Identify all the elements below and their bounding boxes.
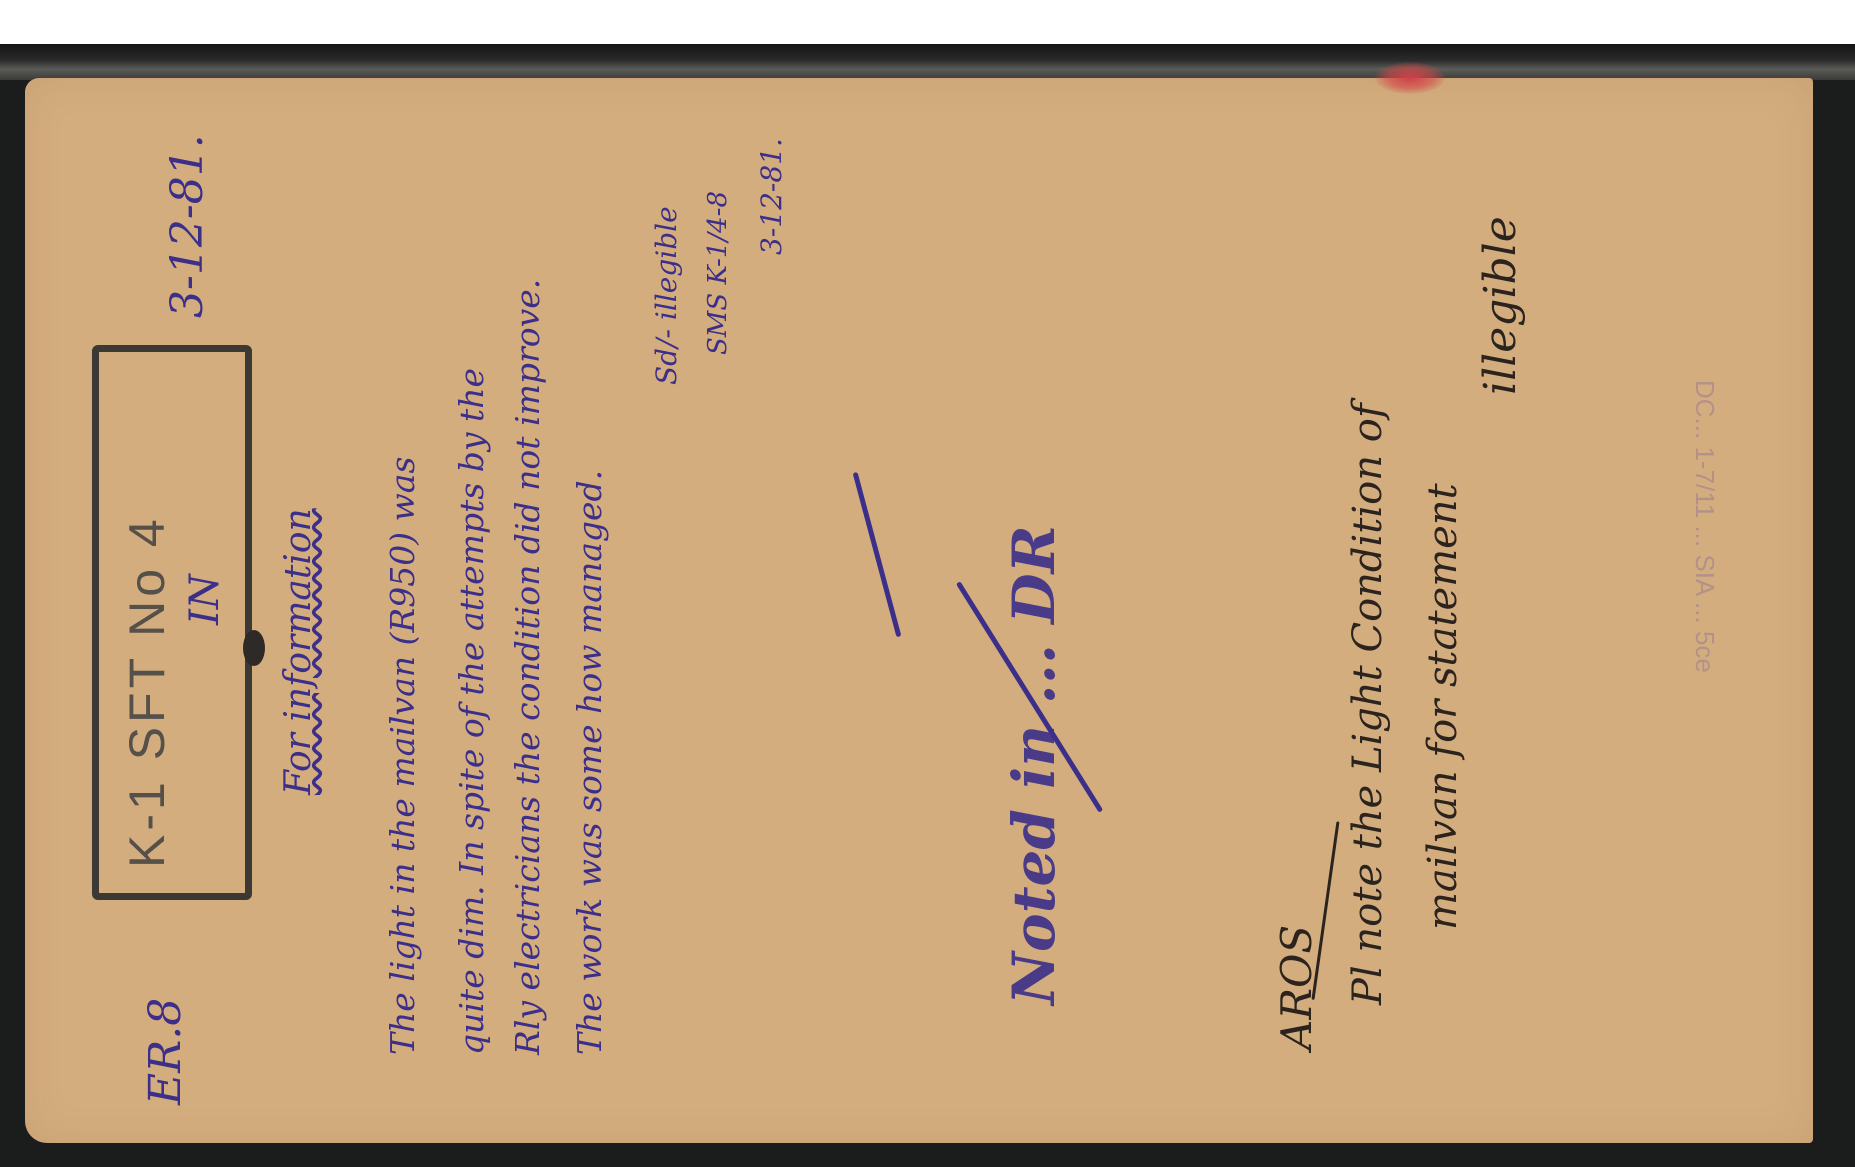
memo-line-2: quite dim. In spite of the attempts by t… <box>452 368 491 1055</box>
pencil-line-1: Pl note the Light Condition of <box>1345 403 1391 1005</box>
stamp-handwritten-in: IN <box>182 574 228 625</box>
pencil-line-2: mailvan for statement <box>1420 483 1466 930</box>
memo-line-3: Rly electricians the condition did not i… <box>508 279 547 1055</box>
header-date: 3-12-81. <box>162 134 213 318</box>
pencil-initials: illegible <box>1475 216 1526 395</box>
memo-line-4: The work was some how managed. <box>570 470 609 1055</box>
mount-edge <box>0 44 1855 80</box>
reference-number: ER.8 <box>140 998 191 1105</box>
memo-heading: For information <box>278 508 319 795</box>
signature-date: 3-12-81. <box>755 138 788 255</box>
signature: Sd/- illegible <box>650 206 683 385</box>
stamp-ink-blot <box>243 630 265 666</box>
signature-designation: SMS K-1/4-8 <box>703 191 733 355</box>
faded-purple-stamp: DC... 1-7/11 ... SIA ... 5ce <box>1689 380 1720 673</box>
red-ink-mark <box>1375 62 1445 94</box>
memo-line-1: The light in the mailvan (R950) was <box>383 457 422 1055</box>
rubber-stamp-text: K-1 SFT No 4 <box>118 515 176 868</box>
blue-endorsement: Noted in ... DR <box>1000 525 1068 1005</box>
